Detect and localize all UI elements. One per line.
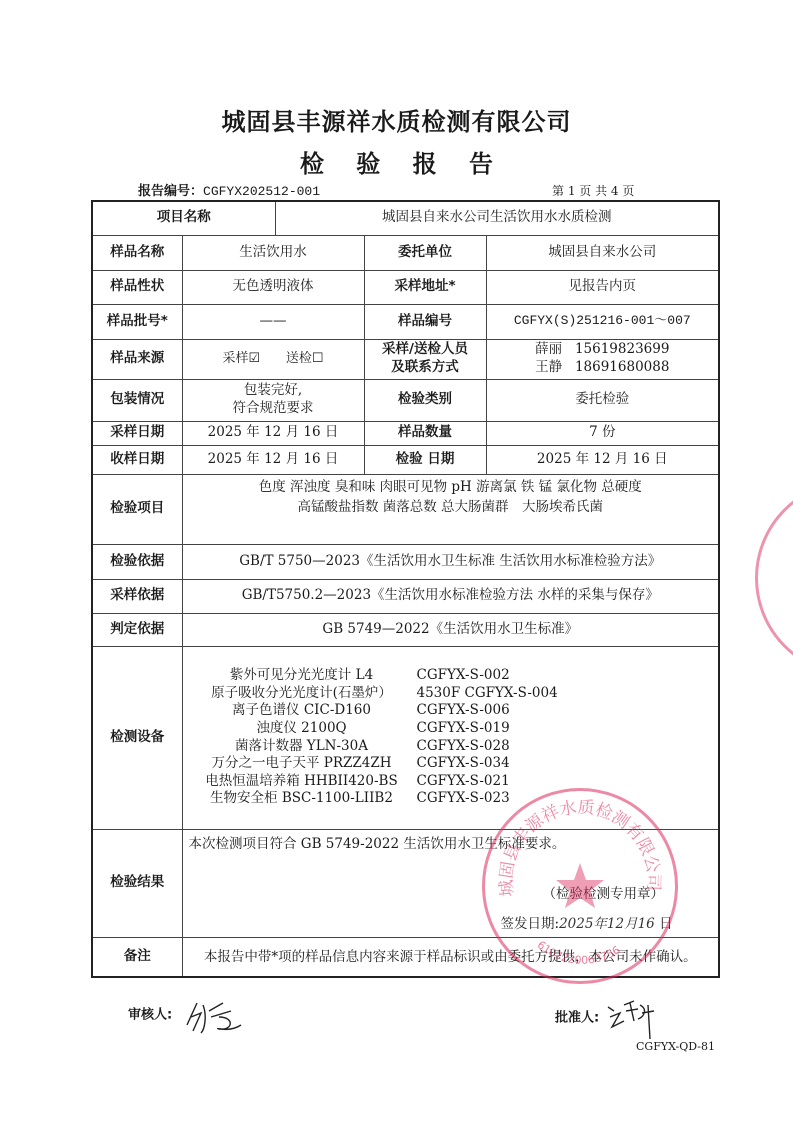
personnel-label: 采样/送检人员 及联系方式 — [364, 339, 486, 379]
receive-date-value: 2025 年 12 月 16 日 — [182, 445, 364, 474]
equipment-code: 4530F CGFYX-S-004 — [417, 685, 558, 703]
client-label: 委托单位 — [364, 235, 486, 270]
sample-qty-value: 7 份 — [486, 421, 719, 445]
personnel-1: 薛丽 15619823699 — [491, 341, 715, 359]
sample-qty-label: 样品数量 — [364, 421, 486, 445]
equipment-item: 紫外可见分光光度计 L4CGFYX-S-002 — [187, 667, 715, 685]
inspection-date-value: 2025 年 12 月 16 日 — [486, 445, 719, 474]
equipment-item: 万分之一电子天平 PRZZ4ZHCGFYX-S-034 — [187, 755, 715, 773]
personnel-2: 王静 18691680088 — [491, 359, 715, 377]
equipment-name: 菌落计数器 YLN-30A — [187, 738, 417, 756]
row-items: 检验项目 色度 浑浊度 臭和味 肉眼可见物 pH 游离氯 铁 锰 氯化物 总硬度… — [92, 474, 719, 544]
personnel-2-phone: 18691680088 — [575, 359, 669, 375]
sampling-address-value: 见报告内页 — [486, 270, 719, 304]
items-line1: 色度 浑浊度 臭和味 肉眼可见物 pH 游离氯 铁 锰 氯化物 总硬度 — [187, 477, 715, 498]
page-edge-stamp — [755, 480, 793, 676]
judgement-basis-label: 判定依据 — [92, 613, 182, 646]
reviewer-label: 审核人: — [128, 1008, 172, 1023]
inspection-date-label: 检验 日期 — [364, 445, 486, 474]
report-title: 检 验 报 告 — [0, 144, 793, 179]
personnel-1-name: 薛丽 — [535, 341, 562, 357]
equipment-code: CGFYX-S-002 — [417, 667, 510, 685]
sample-state-label: 样品性状 — [92, 270, 182, 304]
equipment-item: 生物安全柜 BSC-1100-LIIB2CGFYX-S-023 — [187, 790, 715, 808]
judgement-basis-value: GB 5749—2022《生活饮用水卫生标准》 — [182, 613, 719, 646]
equipment-name: 原子吸收分光光度计(石墨炉） — [187, 685, 417, 703]
reviewer-signature-icon — [179, 995, 259, 1035]
equipment-item: 浊度仪 2100QCGFYX-S-019 — [187, 720, 715, 738]
report-number-value: CGFYX202512-001 — [203, 184, 320, 199]
equipment-item: 菌落计数器 YLN-30ACGFYX-S-028 — [187, 738, 715, 756]
row-remarks: 备注 本报告中带*项的样品信息内容来源于样品标识或由委托方提供，本公司未作确认。 — [92, 937, 719, 977]
packaging-label: 包装情况 — [92, 379, 182, 421]
source-submitted-unchecked: 送检☐ — [286, 351, 324, 366]
project-name-label: 项目名称 — [92, 201, 275, 235]
report-number: 报告编号：CGFYX202512-001 — [138, 180, 320, 199]
row-result: 检验结果 本次检测项目符合 GB 5749-2022 生活饮用水卫生标准要求。 … — [92, 829, 719, 937]
items-value: 色度 浑浊度 臭和味 肉眼可见物 pH 游离氯 铁 锰 氯化物 总硬度 高锰酸盐… — [182, 474, 719, 544]
row-packaging: 包装情况 包装完好, 符合规范要求 检验类别 委托检验 — [92, 379, 719, 421]
row-project-name: 项目名称 城固县自来水公司生活饮用水水质检测 — [92, 201, 719, 235]
equipment-code: CGFYX-S-021 — [417, 773, 510, 791]
sample-source-label: 样品来源 — [92, 339, 182, 379]
row-judgement-basis: 判定依据 GB 5749—2022《生活饮用水卫生标准》 — [92, 613, 719, 646]
equipment-name: 电热恒温培养箱 HHBII420-BS — [187, 773, 417, 791]
row-basis: 检验依据 GB/T 5750—2023《生活饮用水卫生标准 生活饮用水标准检验方… — [92, 544, 719, 579]
issue-date-suffix: 日 — [655, 916, 673, 932]
sampling-address-label: 采样地址* — [364, 270, 486, 304]
result-block: 本次检测项目符合 GB 5749-2022 生活饮用水卫生标准要求。 （检验检测… — [189, 830, 713, 936]
company-title: 城固县丰源祥水质检测有限公司 — [0, 102, 793, 137]
equipment-item: 电热恒温培养箱 HHBII420-BSCGFYX-S-021 — [187, 773, 715, 791]
personnel-value: 薛丽 15619823699 王静 18691680088 — [486, 339, 719, 379]
personnel-1-phone: 15619823699 — [575, 341, 669, 357]
row-sample-source: 样品来源 采样☑ 送检☐ 采样/送检人员 及联系方式 薛丽 1561982369… — [92, 339, 719, 379]
sample-name-value: 生活饮用水 — [182, 235, 364, 270]
sampling-date-label: 采样日期 — [92, 421, 182, 445]
sample-name-label: 样品名称 — [92, 235, 182, 270]
basis-label: 检验依据 — [92, 544, 182, 579]
row-receive-date: 收样日期 2025 年 12 月 16 日 检验 日期 2025 年 12 月 … — [92, 445, 719, 474]
inspection-type-label: 检验类别 — [364, 379, 486, 421]
items-label: 检验项目 — [92, 474, 182, 544]
equipment-name: 浊度仪 2100Q — [187, 720, 417, 738]
equipment-name: 生物安全柜 BSC-1100-LIIB2 — [187, 790, 417, 808]
sampling-basis-label: 采样依据 — [92, 579, 182, 613]
sample-no-label: 样品编号 — [364, 304, 486, 339]
report-table: 项目名称 城固县自来水公司生活饮用水水质检测 样品名称 生活饮用水 委托单位 城… — [91, 200, 720, 978]
equipment-item: 离子色谱仪 CIC-D160CGFYX-S-006 — [187, 702, 715, 720]
equipment-code: CGFYX-S-006 — [417, 702, 510, 720]
personnel-2-name: 王静 — [535, 359, 562, 375]
report-number-label: 报告编号： — [138, 184, 203, 199]
issue-date: 签发日期:2025年12月16 日 — [501, 916, 673, 934]
client-value: 城固县自来水公司 — [486, 235, 719, 270]
inspection-type-value: 委托检验 — [486, 379, 719, 421]
personnel-label-line1: 采样/送检人员 — [369, 341, 482, 359]
row-sampling-basis: 采样依据 GB/T5750.2—2023《生活饮用水标准检验方法 水样的采集与保… — [92, 579, 719, 613]
equipment-code: CGFYX-S-034 — [417, 755, 510, 773]
items-line2: 高锰酸盐指数 菌落总数 总大肠菌群 大肠埃希氏菌 — [187, 497, 715, 518]
project-name-value: 城固县自来水公司生活饮用水水质检测 — [275, 201, 719, 235]
remarks-label: 备注 — [92, 937, 182, 977]
result-text: 本次检测项目符合 GB 5749-2022 生活饮用水卫生标准要求。 — [189, 836, 566, 854]
equipment-label: 检测设备 — [92, 646, 182, 829]
page-info: 第 1 页 共 4 页 — [552, 182, 634, 199]
form-code: CGFYX-QD-81 — [636, 1040, 715, 1053]
packaging-value: 包装完好, 符合规范要求 — [182, 379, 364, 421]
issue-date-handwritten: 2025年12月16 — [559, 916, 655, 932]
sampling-date-value: 2025 年 12 月 16 日 — [182, 421, 364, 445]
row-sample-state: 样品性状 无色透明液体 采样地址* 见报告内页 — [92, 270, 719, 304]
basis-value: GB/T 5750—2023《生活饮用水卫生标准 生活饮用水标准检验方法》 — [182, 544, 719, 579]
sample-no-value: CGFYX(S)251216-001～007 — [486, 304, 719, 339]
equipment-name: 万分之一电子天平 PRZZ4ZH — [187, 755, 417, 773]
batch-no-value: —— — [182, 304, 364, 339]
remarks-value: 本报告中带*项的样品信息内容来源于样品标识或由委托方提供，本公司未作确认。 — [182, 937, 719, 977]
equipment-name: 紫外可见分光光度计 L4 — [187, 667, 417, 685]
row-equipment: 检测设备 紫外可见分光光度计 L4CGFYX-S-002 原子吸收分光光度计(石… — [92, 646, 719, 829]
packaging-line2: 符合规范要求 — [187, 400, 360, 418]
equipment-name: 离子色谱仪 CIC-D160 — [187, 702, 417, 720]
equipment-code: CGFYX-S-023 — [417, 790, 510, 808]
batch-no-label: 样品批号* — [92, 304, 182, 339]
result-label: 检验结果 — [92, 829, 182, 937]
issue-date-label: 签发日期: — [501, 916, 560, 932]
row-batch-no: 样品批号* —— 样品编号 CGFYX(S)251216-001～007 — [92, 304, 719, 339]
sampling-basis-value: GB/T5750.2—2023《生活饮用水标准检验方法 水样的采集与保存》 — [182, 579, 719, 613]
source-sampling-checked: 采样☑ — [222, 351, 260, 366]
approver: 批准人: — [555, 995, 664, 1041]
approver-signature-icon — [604, 995, 664, 1041]
sample-state-value: 无色透明液体 — [182, 270, 364, 304]
row-sample-name: 样品名称 生活饮用水 委托单位 城固县自来水公司 — [92, 235, 719, 270]
receive-date-label: 收样日期 — [92, 445, 182, 474]
sample-source-value: 采样☑ 送检☐ — [182, 339, 364, 379]
row-sampling-date: 采样日期 2025 年 12 月 16 日 样品数量 7 份 — [92, 421, 719, 445]
equipment-list: 紫外可见分光光度计 L4CGFYX-S-002 原子吸收分光光度计(石墨炉）45… — [182, 646, 719, 829]
approver-label: 批准人: — [555, 1011, 599, 1026]
seal-label: （检验检测专用章） — [543, 886, 665, 904]
equipment-code: CGFYX-S-019 — [417, 720, 510, 738]
reviewer: 审核人: — [128, 995, 259, 1035]
packaging-line1: 包装完好, — [187, 382, 360, 400]
equipment-item: 原子吸收分光光度计(石墨炉）4530F CGFYX-S-004 — [187, 685, 715, 703]
personnel-label-line2: 及联系方式 — [369, 359, 482, 377]
equipment-code: CGFYX-S-028 — [417, 738, 510, 756]
result-cell: 本次检测项目符合 GB 5749-2022 生活饮用水卫生标准要求。 （检验检测… — [182, 829, 719, 937]
